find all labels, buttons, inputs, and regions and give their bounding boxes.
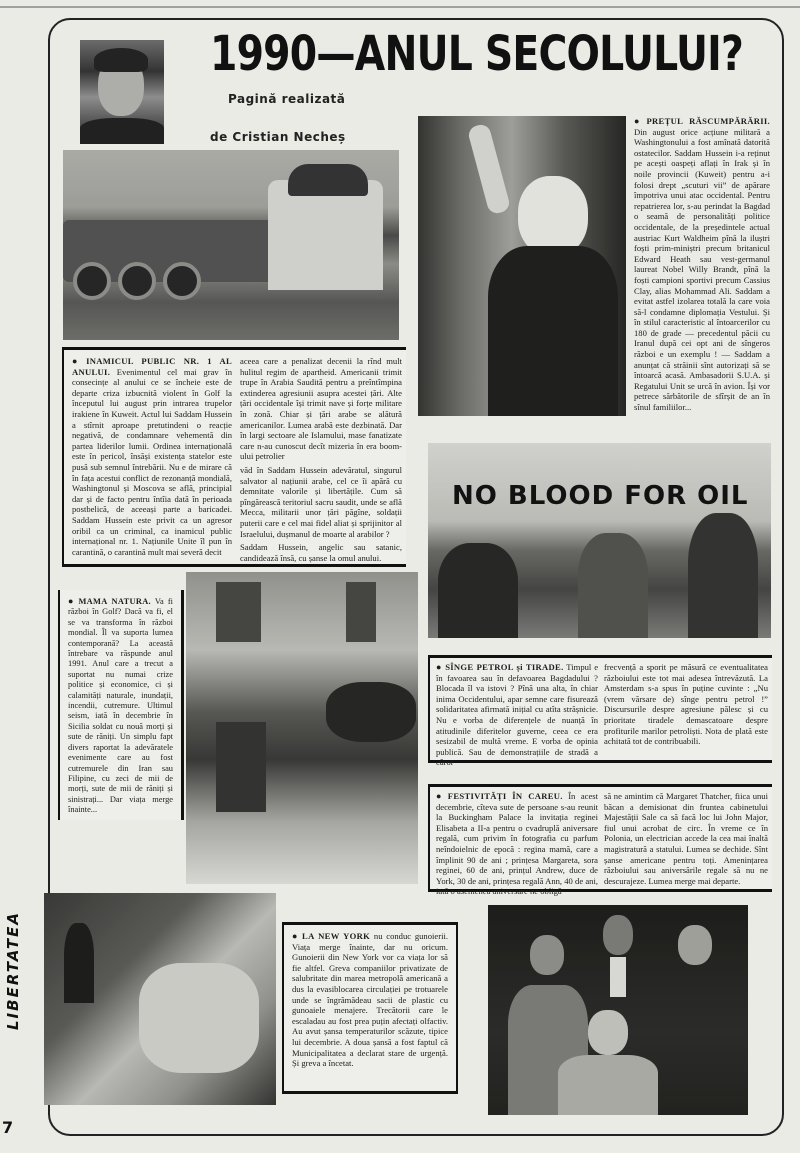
- article-inamicul-public: ●INAMICUL PUBLIC NR. 1 AL ANULUI. Evenim…: [62, 347, 406, 567]
- top-rule: [0, 6, 800, 8]
- article-lead: nu conduc gunoierii.: [374, 931, 448, 941]
- article-body: Viața merge înainte, dar nu oricum. Guno…: [292, 942, 448, 1069]
- article-heading: SÎNGE PETROL și TIRADE.: [445, 662, 563, 672]
- author-portrait: [80, 40, 164, 144]
- bullet-icon: ●: [634, 116, 643, 126]
- protest-banner-photo: NO BLOOD FOR OIL: [428, 443, 771, 638]
- article-body-col1: Evenimentul cel mai grav în consecințe a…: [72, 367, 232, 557]
- article-heading: LA NEW YORK: [302, 931, 370, 941]
- garbage-pile-photo: [44, 893, 276, 1105]
- article-heading: MAMA NATURA.: [78, 597, 150, 606]
- publication-logo: LIBERTATEA: [4, 911, 22, 1030]
- bullet-icon: ●: [292, 931, 299, 941]
- article-body: Va fi război în Golf? Dacă va fi, el se …: [68, 597, 173, 814]
- article-body-col2c: Saddam Hussein, angelic sau satanic, can…: [240, 542, 402, 563]
- article-body-col1: În acest decembrie, cîteva sute de perso…: [436, 791, 598, 896]
- soldiers-armored-vehicles-photo: [63, 150, 399, 340]
- article-body-col2b: văd în Saddam Hussein adevăratul, singur…: [240, 465, 402, 539]
- article-body-col2: să ne amintim că Margaret Thatcher, fiic…: [604, 791, 768, 886]
- bullet-icon: ●: [68, 596, 75, 606]
- earthquake-rubble-photo: [186, 572, 418, 884]
- royal-family-photo: [488, 905, 748, 1115]
- article-body: Din august orice acțiune militară a Wash…: [634, 127, 770, 412]
- article-heading: FESTIVITĂȚI ÎN CAREU.: [448, 791, 563, 801]
- page-title: 1990—ANUL SECOLULUI?: [210, 26, 677, 82]
- article-mama-natura: ●MAMA NATURA. Va fi război în Golf? Dacă…: [58, 590, 184, 820]
- article-heading: PREȚUL RĂSCUMPĂRĂRII.: [646, 116, 770, 126]
- article-body-col1: Timpul e în favoarea sau în defavoarea B…: [436, 662, 598, 767]
- byline-author: de Cristian Necheș: [210, 130, 346, 144]
- bullet-icon: ●: [436, 662, 442, 672]
- bullet-icon: ●: [436, 791, 445, 801]
- byline-line1: Pagină realizată: [228, 92, 345, 106]
- article-singe-petrol: ●SÎNGE PETROL și TIRADE. Timpul e în fav…: [428, 655, 772, 763]
- man-waving-photo: [418, 116, 626, 416]
- page-number: 7: [2, 1118, 13, 1137]
- article-new-york: ●LA NEW YORK nu conduc gunoierii. Viața …: [282, 922, 458, 1094]
- article-pretul-rascumpararii: ●PREȚUL RĂSCUMPĂRĂRII. Din august orice …: [634, 116, 770, 413]
- article-body-col2: frecvență a sporit pe măsură ce eventual…: [604, 662, 768, 746]
- article-festivitati: ●FESTIVITĂȚI ÎN CAREU. În acest decembri…: [428, 784, 772, 892]
- bullet-icon: ●: [72, 356, 83, 366]
- article-body-col2a: aceea care a penalizat decenii la rînd m…: [240, 356, 402, 461]
- banner-text: NO BLOOD FOR OIL: [452, 481, 749, 511]
